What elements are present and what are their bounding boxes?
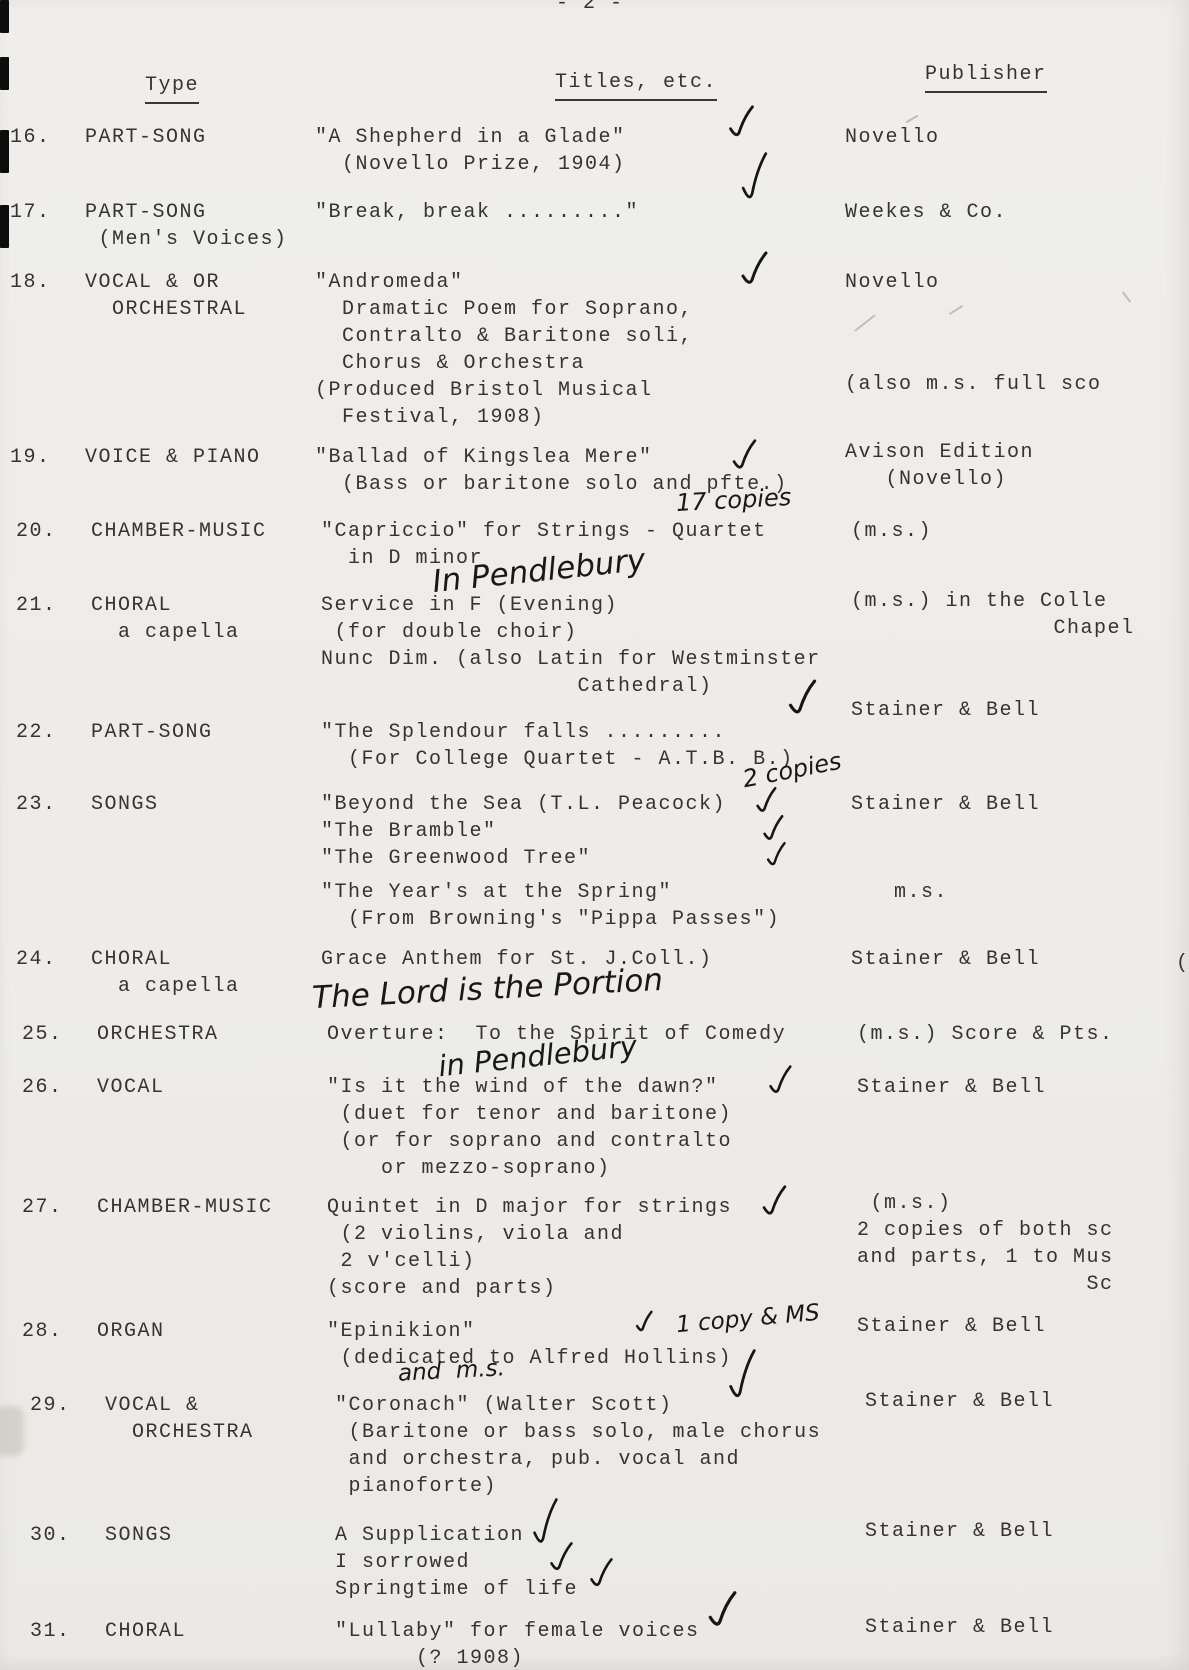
entry-publisher: Novello xyxy=(845,124,940,151)
entry-number: 18. xyxy=(10,269,51,296)
entry-type: PART-SONG xyxy=(85,124,207,151)
column-header-titles: Titles, etc. xyxy=(555,69,717,101)
checkmark-icon xyxy=(766,1064,794,1100)
entry-number: 24. xyxy=(16,946,57,973)
entry-publisher: Novello xyxy=(845,269,940,296)
entry-number: 19. xyxy=(10,444,51,471)
entry-type: VOCAL & OR ORCHESTRAL xyxy=(85,269,247,323)
entry-number: 26. xyxy=(22,1074,63,1101)
entry-number: 17. xyxy=(10,199,51,226)
column-header-type: Type xyxy=(145,72,199,104)
entry-title: Quintet in D major for strings (2 violin… xyxy=(327,1194,732,1302)
checkmark-icon xyxy=(729,438,759,476)
entry-number: 28. xyxy=(22,1318,63,1345)
checkmark-icon xyxy=(706,1588,738,1636)
entry-title: "Andromeda" Dramatic Poem for Soprano, C… xyxy=(315,269,693,431)
entry-number: 23. xyxy=(16,791,57,818)
entry-type: CHAMBER-MUSIC xyxy=(91,518,267,545)
entry-type: SONGS xyxy=(105,1522,173,1549)
entry-publisher: (m.s.) Score & Pts. xyxy=(857,1021,1114,1048)
scan-edge-mark xyxy=(0,130,9,173)
entry-publisher: Stainer & Bell xyxy=(851,791,1040,818)
entry-publisher: Stainer & Bell xyxy=(865,1518,1054,1545)
entry-title: "Epinikion" (dedicated to Alfred Hollins… xyxy=(327,1318,732,1372)
handwritten-note: 17 copies xyxy=(675,485,791,515)
pencil-mark xyxy=(905,115,918,124)
entry-title: "The Splendour falls ......... (For Coll… xyxy=(321,719,794,773)
entry-publisher: m.s. xyxy=(894,879,948,906)
entry-number: 31. xyxy=(30,1618,71,1645)
checkmark-icon xyxy=(726,104,756,144)
entry-type: ORCHESTRA xyxy=(97,1021,219,1048)
entry-type: VOICE & PIANO xyxy=(85,444,261,471)
cutoff-parenthesis: ( xyxy=(1176,950,1189,977)
entry-number: 21. xyxy=(16,592,57,619)
entry-publisher: (m.s.) xyxy=(851,518,932,545)
entry-type: VOCAL & ORCHESTRA xyxy=(105,1392,254,1446)
entry-number: 25. xyxy=(22,1021,63,1048)
entry-number: 27. xyxy=(22,1194,63,1221)
entry-type: VOCAL xyxy=(97,1074,165,1101)
entry-publisher: Weekes & Co. xyxy=(845,199,1007,226)
entry-type: CHORAL a capella xyxy=(91,946,240,1000)
scanned-document-page: - 2 - Type Titles, etc. Publisher 16. PA… xyxy=(0,0,1189,1670)
handwritten-note: 1 copy & MS xyxy=(675,1302,820,1337)
scan-smudge xyxy=(0,1406,24,1456)
checkmark-icon xyxy=(726,1346,758,1408)
checkmark-icon xyxy=(760,1184,788,1222)
entry-publisher: Stainer & Bell xyxy=(851,697,1040,724)
scan-edge-mark xyxy=(0,205,9,248)
entry-type: SONGS xyxy=(91,791,159,818)
column-header-publisher: Publisher xyxy=(925,61,1047,93)
entry-publisher: (m.s.) 2 copies of both sc and parts, 1 … xyxy=(857,1190,1114,1298)
checkmark-icon xyxy=(763,841,789,871)
pencil-mark xyxy=(854,314,876,332)
entry-title: "A Shepherd in a Glade" (Novello Prize, … xyxy=(315,124,626,178)
scan-edge-mark xyxy=(0,57,9,90)
scan-edge-mark xyxy=(0,0,9,33)
checkmark-icon xyxy=(632,1310,656,1336)
entry-publisher-note: (also m.s. full sco xyxy=(845,371,1102,398)
entry-title: "Break, break ........." xyxy=(315,199,639,226)
entry-title: Service in F (Evening) (for double choir… xyxy=(321,592,821,700)
entry-publisher: Avison Edition (Novello) xyxy=(845,439,1034,493)
entry-number: 29. xyxy=(30,1392,71,1419)
checkmark-icon xyxy=(548,1538,574,1580)
entry-number: 16. xyxy=(10,124,51,151)
entry-title: "Coronach" (Walter Scott) (Baritone or b… xyxy=(335,1392,821,1500)
checkmark-icon xyxy=(738,250,770,292)
entry-number: 20. xyxy=(16,518,57,545)
pencil-mark xyxy=(1122,291,1132,302)
entry-title: "Beyond the Sea (T.L. Peacock) "The Bram… xyxy=(321,791,726,872)
entry-title: "Is it the wind of the dawn?" (duet for … xyxy=(327,1074,732,1182)
entry-publisher: Stainer & Bell xyxy=(865,1614,1054,1641)
checkmark-icon xyxy=(736,150,772,208)
entry-number: 30. xyxy=(30,1522,71,1549)
entry-type: CHORAL a capella xyxy=(91,592,240,646)
entry-number: 22. xyxy=(16,719,57,746)
entry-publisher: Stainer & Bell xyxy=(865,1388,1054,1415)
entry-type: PART-SONG (Men's Voices) xyxy=(85,199,288,253)
entry-publisher: Stainer & Bell xyxy=(857,1313,1046,1340)
page-number: - 2 - xyxy=(556,0,624,17)
pencil-mark xyxy=(949,305,964,315)
entry-type: PART-SONG xyxy=(91,719,213,746)
entry-type: CHORAL xyxy=(105,1618,186,1645)
entry-publisher: (m.s.) in the Colle Chapel xyxy=(851,588,1135,642)
handwritten-note: and m.s. xyxy=(397,1357,505,1386)
entry-type: CHAMBER-MUSIC xyxy=(97,1194,273,1221)
checkmark-icon xyxy=(588,1554,614,1596)
entry-publisher: Stainer & Bell xyxy=(857,1074,1046,1101)
entry-title: "The Year's at the Spring" (From Brownin… xyxy=(321,879,780,933)
entry-publisher: Stainer & Bell xyxy=(851,946,1040,973)
entry-title: "Lullaby" for female voices (? 1908) xyxy=(335,1618,700,1670)
entry-type: ORGAN xyxy=(97,1318,165,1345)
checkmark-icon xyxy=(786,678,818,722)
